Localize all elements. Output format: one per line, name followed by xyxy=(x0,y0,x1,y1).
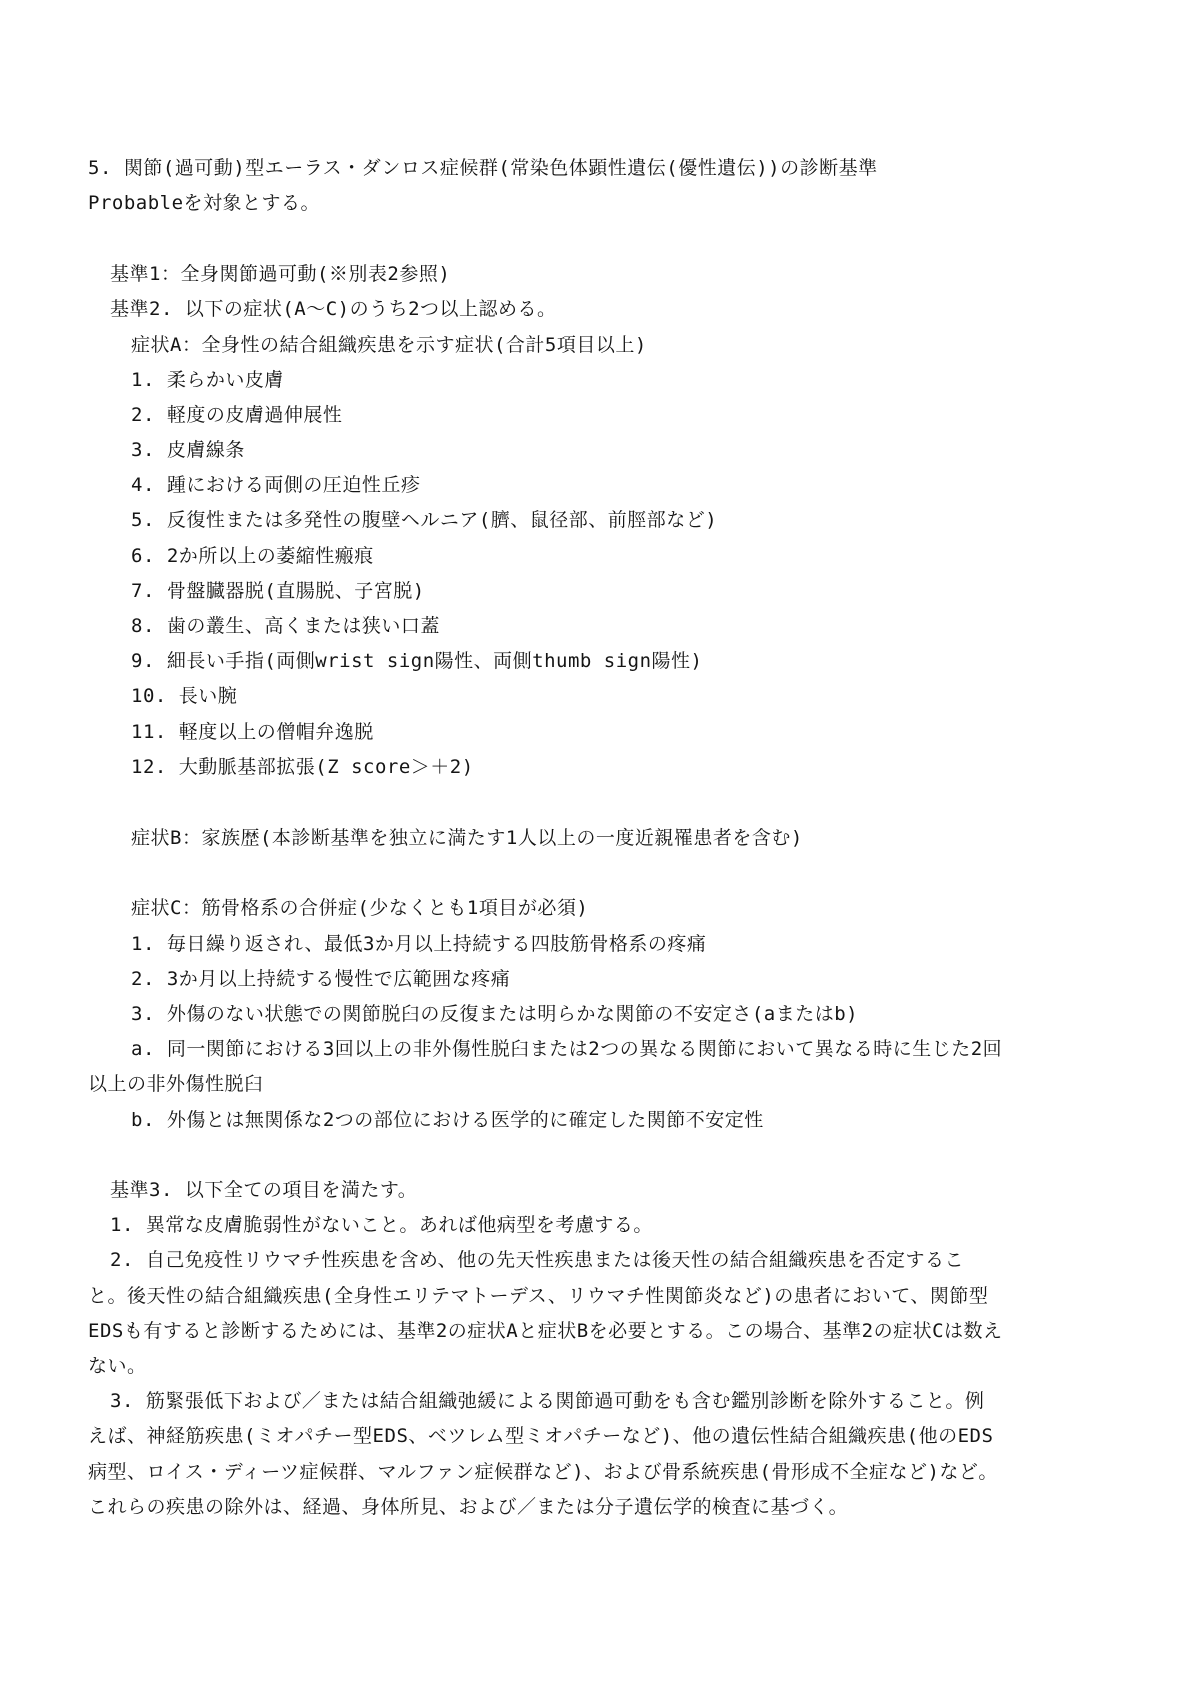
symptom-c-subitem-b: b. 外傷とは無関係な2つの部位における医学的に確定した関節不安定性 xyxy=(131,1108,764,1132)
criterion-3-item-3-continued: 病型、ロイス・ディーツ症候群、マルファン症候群など)、および骨系統疾患(骨形成不… xyxy=(88,1460,998,1484)
criterion-3-item-2-continued: EDSも有すると診断するためには、基準2の症状Aと症状Bを必要とする。この場合、… xyxy=(88,1319,1003,1343)
symptom-b-heading: 症状B：家族歴(本診断基準を独立に満たす1人以上の一度近親罹患者を含む) xyxy=(131,826,803,850)
criterion-3-item-2-continued: と。後天性の結合組織疾患(全身性エリテマトーデス、リウマチ性関節炎など)の患者に… xyxy=(88,1284,988,1308)
criterion-3-item-3: 3. 筋緊張低下および／または結合組織弛緩による関節過可動をも含む鑑別診断を除外… xyxy=(110,1389,984,1413)
symptom-a-item: 9. 細長い手指(両側wrist sign陽性、両側thumb sign陽性) xyxy=(131,649,702,673)
symptom-a-item: 1. 柔らかい皮膚 xyxy=(131,368,284,392)
criterion-3-heading: 基準3. 以下全ての項目を満たす。 xyxy=(110,1178,417,1202)
criterion-3-item-2: 2. 自己免疫性リウマチ性疾患を含め、他の先天性疾患または後天性の結合組織疾患を… xyxy=(110,1248,964,1272)
symptom-a-item: 7. 骨盤臓器脱(直腸脱、子宮脱) xyxy=(131,579,425,603)
symptom-c-heading: 症状C：筋骨格系の合併症(少なくとも1項目が必須) xyxy=(131,896,588,920)
symptom-a-item: 12. 大動脈基部拡張(Z score＞＋2) xyxy=(131,755,474,779)
symptom-a-item: 11. 軽度以上の僧帽弁逸脱 xyxy=(131,720,374,744)
document-title: 5. 関節(過可動)型エーラス・ダンロス症候群(常染色体顕性遺伝(優性遺伝))の… xyxy=(88,156,878,180)
symptom-c-subitem-a: a. 同一関節における3回以上の非外傷性脱臼または2つの異なる関節において異なる… xyxy=(131,1037,1002,1061)
document-page: 5. 関節(過可動)型エーラス・ダンロス症候群(常染色体顕性遺伝(優性遺伝))の… xyxy=(0,0,1181,1695)
symptom-c-subitem-a-continued: 以上の非外傷性脱臼 xyxy=(88,1072,264,1096)
criterion-3-item-3-continued: これらの疾患の除外は、経過、身体所見、および／または分子遺伝学的検査に基づく。 xyxy=(88,1495,848,1519)
criterion-1: 基準1：全身関節過可動(※別表2参照) xyxy=(110,262,450,286)
criterion-3-item-3-continued: えば、神経筋疾患(ミオパチー型EDS、ベツレム型ミオパチーなど)、他の遺伝性結合… xyxy=(88,1424,993,1448)
symptom-a-item: 6. 2か所以上の萎縮性瘢痕 xyxy=(131,544,374,568)
criterion-3-item-2-continued: ない。 xyxy=(88,1354,147,1378)
criterion-3-item-1: 1. 異常な皮膚脆弱性がないこと。あれば他病型を考慮する。 xyxy=(110,1213,653,1237)
criterion-2-heading: 基準2. 以下の症状(A〜C)のうち2つ以上認める。 xyxy=(110,297,557,321)
symptom-a-item: 2. 軽度の皮膚過伸展性 xyxy=(131,403,342,427)
symptom-a-item: 8. 歯の叢生、高くまたは狭い口蓋 xyxy=(131,614,440,638)
symptom-c-item: 3. 外傷のない状態での関節脱臼の反復または明らかな関節の不安定さ(aまたはb) xyxy=(131,1002,858,1026)
symptom-a-item: 4. 踵における両側の圧迫性丘疹 xyxy=(131,473,420,497)
symptom-a-item: 3. 皮膚線条 xyxy=(131,438,245,462)
symptom-c-item: 2. 3か月以上持続する慢性で広範囲な疼痛 xyxy=(131,967,510,991)
document-scope: Probableを対象とする。 xyxy=(88,191,320,215)
symptom-a-item: 5. 反復性または多発性の腹壁ヘルニア(臍、鼠径部、前脛部など) xyxy=(131,508,717,532)
symptom-a-heading: 症状A：全身性の結合組織疾患を示す症状(合計5項目以上) xyxy=(131,333,647,357)
symptom-a-item: 10. 長い腕 xyxy=(131,684,237,708)
symptom-c-item: 1. 毎日繰り返され、最低3か月以上持続する四肢筋骨格系の疼痛 xyxy=(131,932,706,956)
